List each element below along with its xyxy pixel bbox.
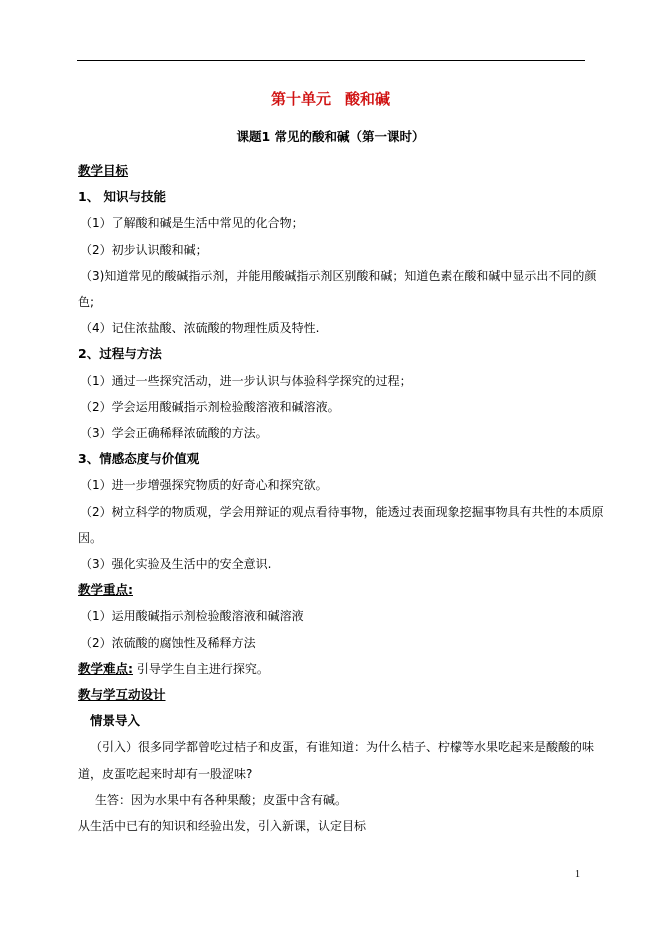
transition-note: 从生活中已有的知识和经验出发，引入新课，认定目标 bbox=[78, 813, 588, 839]
attitude-item: （1）进一步增强探究物质的好奇心和探究欲。 bbox=[78, 472, 588, 498]
page-subtitle: 课题1 常见的酸和碱（第一课时） bbox=[0, 127, 661, 145]
attitude-item: （2）树立科学的物质观，学会用辩证的观点看待事物，能透过表面现象挖掘事物具有共性… bbox=[78, 499, 588, 525]
objectives-heading: 教学目标 bbox=[78, 158, 588, 184]
key-point-item: （1）运用酸碱指示剂检验酸溶液和碱溶液 bbox=[78, 603, 588, 629]
knowledge-item: （4）记住浓盐酸、浓硫酸的物理性质及特性. bbox=[78, 315, 588, 341]
header-rule bbox=[77, 60, 585, 61]
knowledge-item: （2）初步认识酸和碱； bbox=[78, 237, 588, 263]
intro-paragraph-continuation: 道，皮蛋吃起来时却有一股涩味? bbox=[78, 761, 588, 787]
unit-topic: 酸和碱 bbox=[345, 90, 390, 108]
key-points-heading: 教学重点: bbox=[78, 577, 588, 603]
unit-label: 第十单元 bbox=[271, 90, 331, 108]
knowledge-heading: 1、 知识与技能 bbox=[78, 184, 588, 210]
difficulty-line: 教学难点: 引导学生自主进行探究。 bbox=[78, 656, 588, 682]
attitude-item: （3）强化实验及生活中的安全意识. bbox=[78, 551, 588, 577]
student-answer: 生答：因为水果中有各种果酸；皮蛋中含有碱。 bbox=[78, 787, 588, 813]
document-body: 教学目标 1、 知识与技能 （1）了解酸和碱是生活中常见的化合物； （2）初步认… bbox=[78, 158, 588, 839]
key-point-item: （2）浓硫酸的腐蚀性及稀释方法 bbox=[78, 630, 588, 656]
knowledge-item-continuation: 色; bbox=[78, 289, 588, 315]
scenario-intro-heading: 情景导入 bbox=[78, 708, 588, 734]
process-item: （1）通过一些探究活动，进一步认识与体验科学探究的过程； bbox=[78, 368, 588, 394]
knowledge-item: （3)知道常见的酸碱指示剂，并能用酸碱指示剂区别酸和碱；知道色素在酸和碱中显示出… bbox=[78, 263, 588, 289]
process-heading: 2、过程与方法 bbox=[78, 341, 588, 367]
process-item: （2）学会运用酸碱指示剂检验酸溶液和碱溶液。 bbox=[78, 394, 588, 420]
attitude-heading: 3、情感态度与价值观 bbox=[78, 446, 588, 472]
difficulty-text: 引导学生自主进行探究。 bbox=[133, 662, 269, 676]
page-number: 1 bbox=[575, 869, 580, 880]
interaction-heading: 教与学互动设计 bbox=[78, 682, 588, 708]
process-item: （3）学会正确稀释浓硫酸的方法。 bbox=[78, 420, 588, 446]
attitude-item-continuation: 因。 bbox=[78, 525, 588, 551]
knowledge-item: （1）了解酸和碱是生活中常见的化合物； bbox=[78, 210, 588, 236]
intro-paragraph-line: （引入）很多同学都曾吃过桔子和皮蛋，有谁知道：为什么桔子、柠檬等水果吃起来是酸酸… bbox=[78, 734, 588, 760]
page-title: 第十单元酸和碱 bbox=[0, 88, 661, 109]
difficulty-heading: 教学难点: bbox=[78, 661, 133, 676]
